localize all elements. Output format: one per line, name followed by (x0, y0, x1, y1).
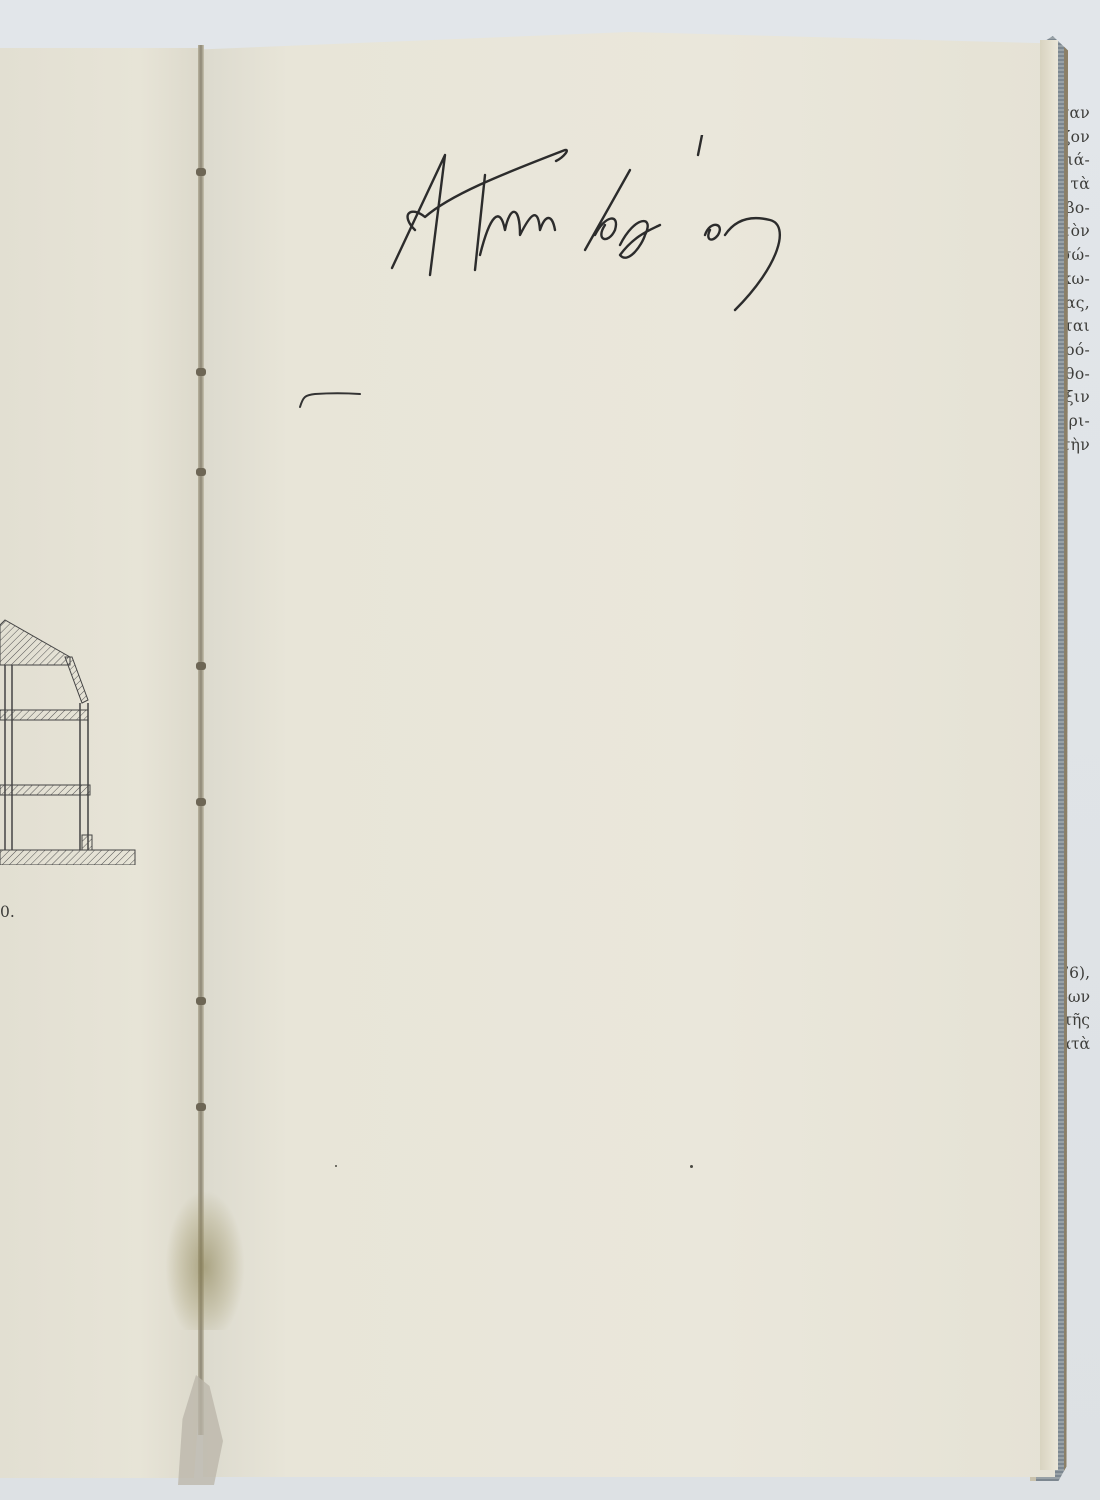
handwritten-signature-icon (380, 135, 800, 325)
binding-stitch (196, 368, 206, 376)
binding-stitch (196, 1103, 206, 1111)
binding-stitch (196, 798, 206, 806)
page-edge (1040, 40, 1058, 1470)
figure-caption: 0. (0, 903, 15, 921)
pen-dash-mark-icon (295, 385, 365, 415)
binding-stitch (196, 168, 206, 176)
binding-stitch (196, 997, 206, 1005)
binding-stitch (196, 468, 206, 476)
building-section-drawing-icon (0, 605, 140, 865)
paper-speck (335, 1165, 337, 1167)
paper-speck (690, 1165, 693, 1168)
water-stain (165, 1190, 245, 1330)
binding-stitch (196, 662, 206, 670)
